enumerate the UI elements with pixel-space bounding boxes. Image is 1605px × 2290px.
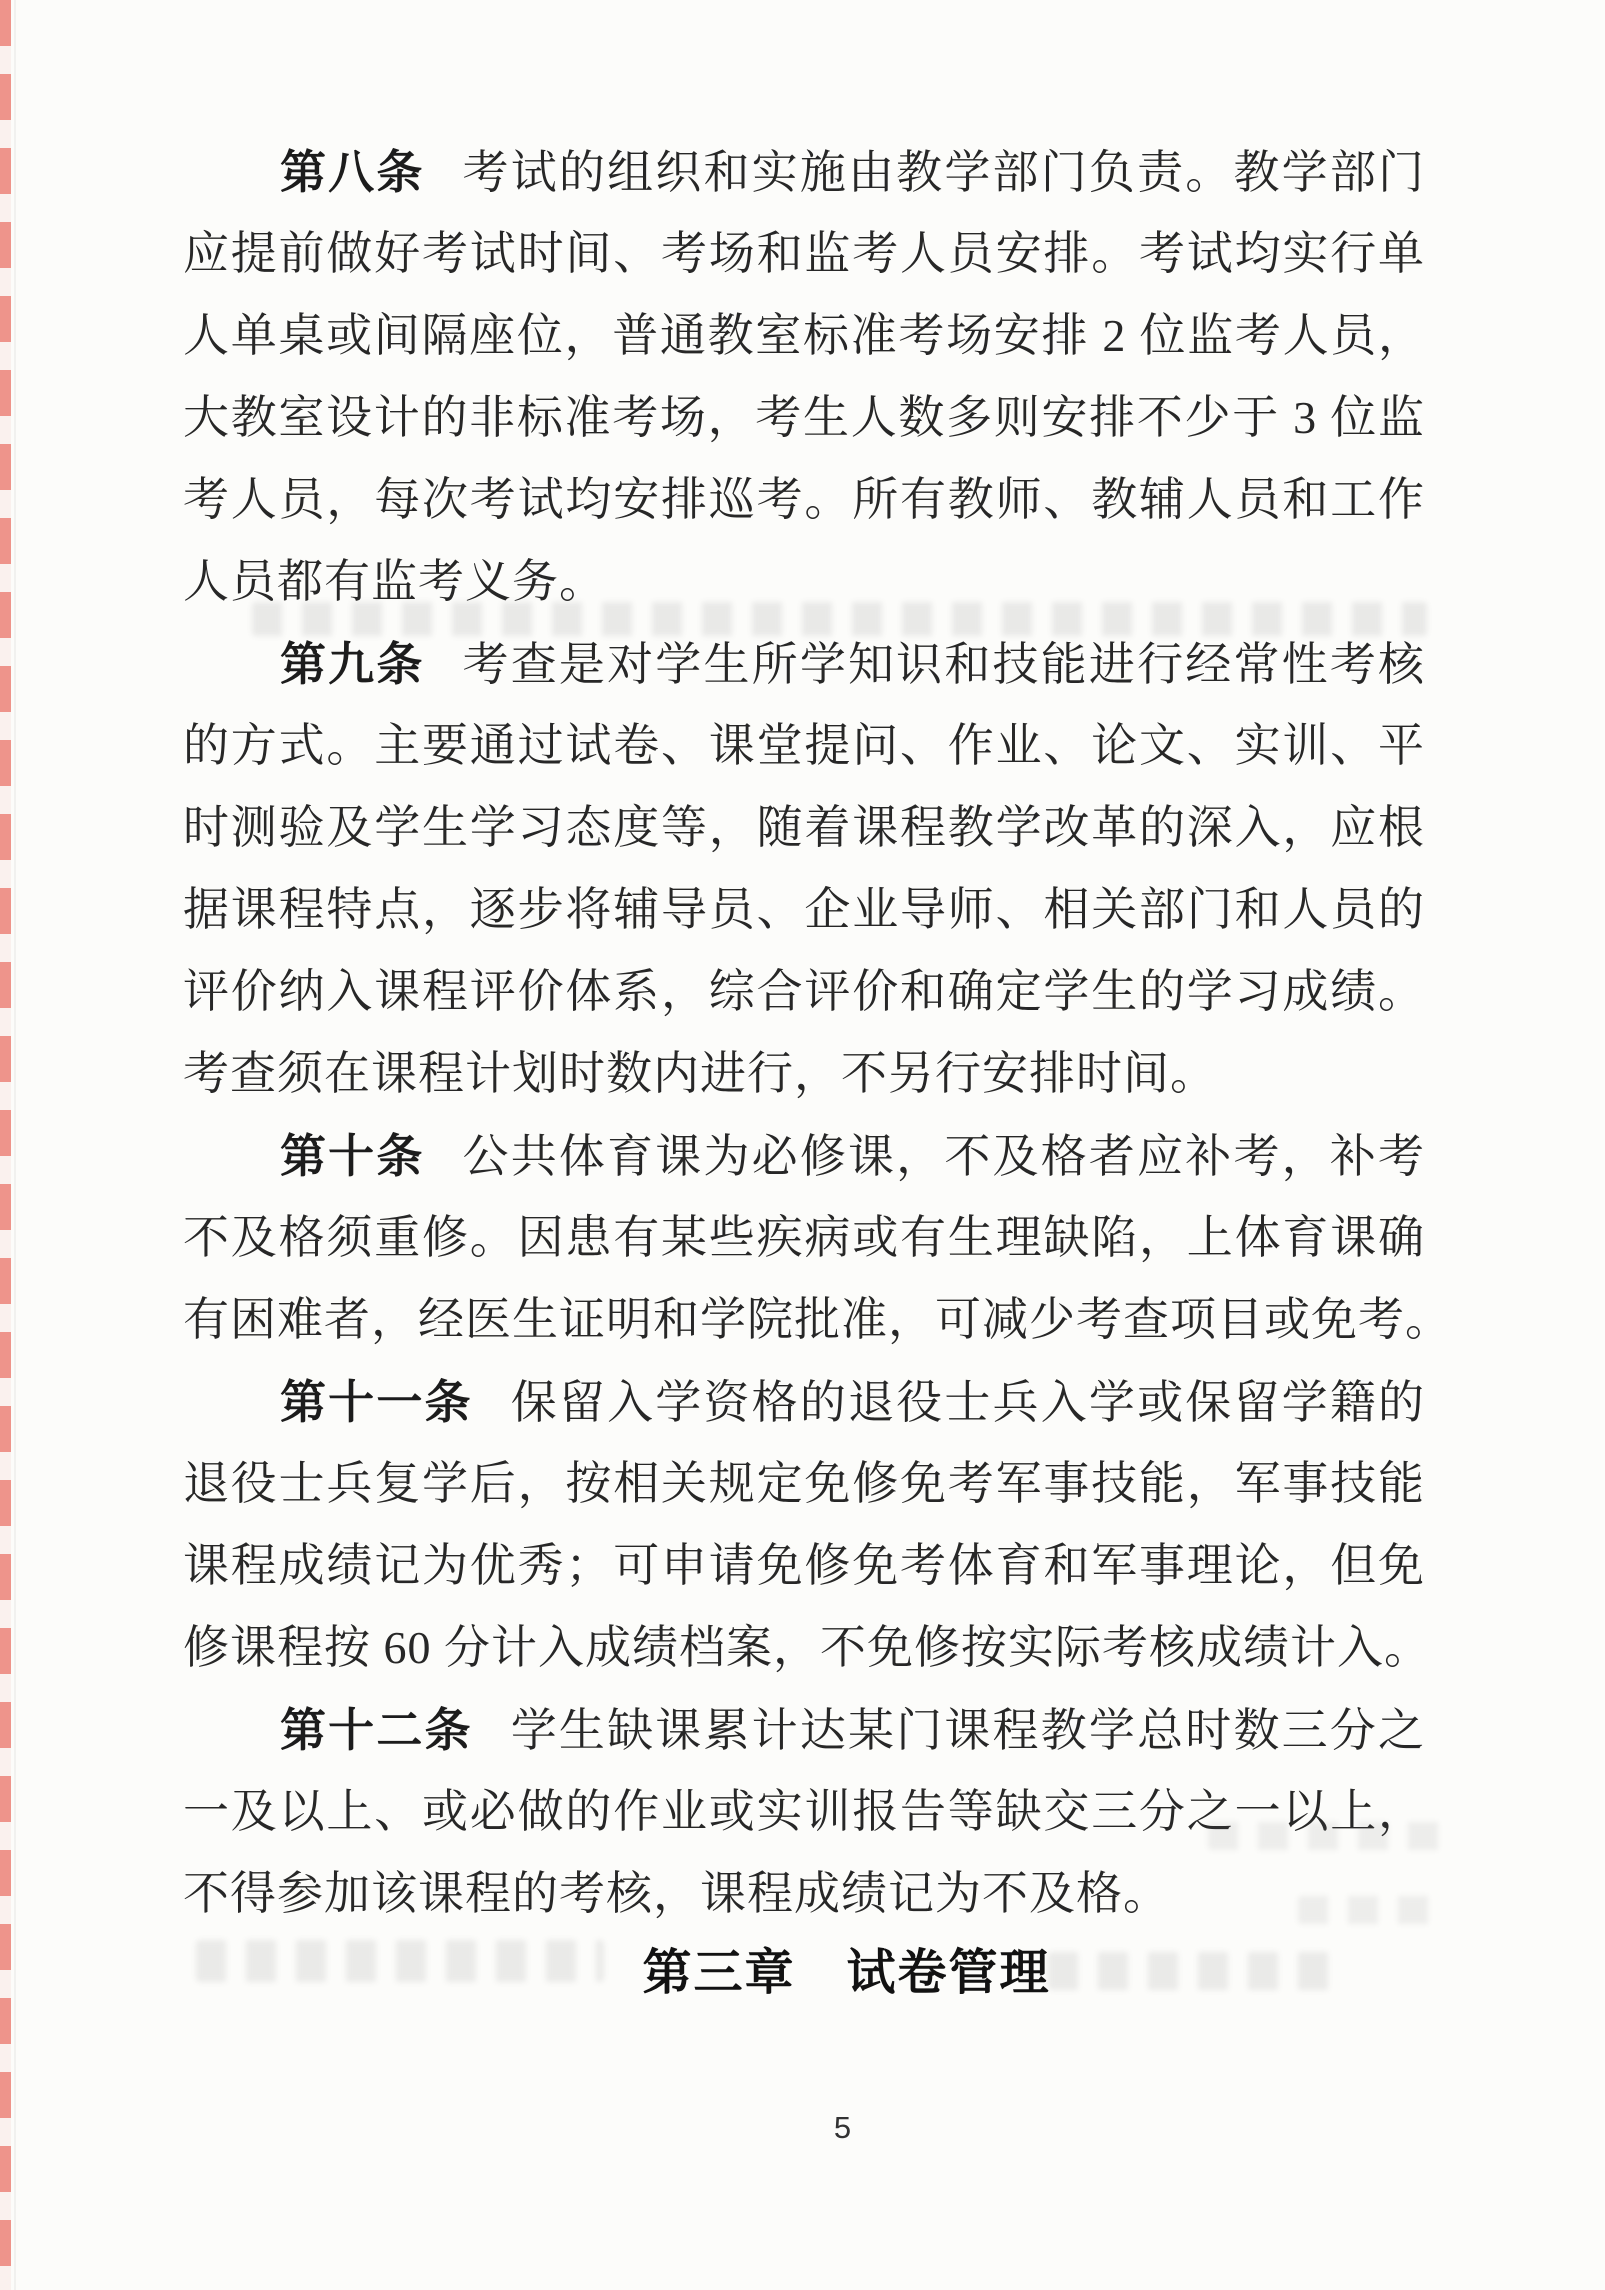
- article-9-number: 第九条: [280, 638, 425, 690]
- article-8-line-3: 人单桌或间隔座位，普通教室标准考场安排 2 位监考人员，: [183, 295, 1425, 377]
- scanner-line-artifact: [14, 0, 16, 2290]
- bleedthrough-smudge: [252, 602, 1427, 636]
- article-8-line-4: 大教室设计的非标准考场，考生人数多则安排不少于 3 位监: [183, 377, 1425, 459]
- article-9-line-6: 考查须在课程计划时数内进行，不另行安排时间。: [183, 1033, 1425, 1115]
- document-body: 第八条考试的组织和实施由教学部门负责。教学部门 应提前做好考试时间、考场和监考人…: [183, 131, 1425, 1935]
- article-10-line-1: 第十条公共体育课为必修课，不及格者应补考，补考: [183, 1115, 1425, 1197]
- article-10-line-3: 有困难者，经医生证明和学院批准，可减少考查项目或免考。: [183, 1279, 1425, 1361]
- article-8-line-1: 第八条考试的组织和实施由教学部门负责。教学部门: [183, 131, 1425, 213]
- bleedthrough-smudge: [1298, 1896, 1440, 1924]
- article-8-lead: 考试的组织和实施由教学部门负责。教学部门: [463, 147, 1425, 198]
- article-8-line-5: 考人员，每次考试均安排巡考。所有教师、教辅人员和工作: [183, 459, 1425, 541]
- article-9-line-2: 的方式。主要通过试卷、课堂提问、作业、论文、实训、平: [183, 705, 1425, 787]
- article-10-line-2: 不及格须重修。因患有某些疾病或有生理缺陷，上体育课确: [183, 1197, 1425, 1279]
- article-8-line-2: 应提前做好考试时间、考场和监考人员安排。考试均实行单: [183, 213, 1425, 295]
- scan-edge-artifact: [0, 0, 11, 2290]
- article-9-line-5: 评价纳入课程评价体系，综合评价和确定学生的学习成绩。: [183, 951, 1425, 1033]
- article-11-line-3: 课程成绩记为优秀；可申请免修免考体育和军事理论，但免: [183, 1525, 1425, 1607]
- chapter-heading: 第三章 试卷管理: [44, 1938, 1605, 2008]
- article-9-line-4: 据课程特点，逐步将辅导员、企业导师、相关部门和人员的: [183, 869, 1425, 951]
- article-11-line-2: 退役士兵复学后，按相关规定免修免考军事技能，军事技能: [183, 1443, 1425, 1525]
- page-number: 5: [40, 2105, 1605, 2151]
- article-10-number: 第十条: [280, 1130, 425, 1182]
- article-11-lead: 保留入学资格的退役士兵入学或保留学籍的: [511, 1377, 1425, 1428]
- article-11-line-1: 第十一条保留入学资格的退役士兵入学或保留学籍的: [183, 1361, 1425, 1443]
- article-10-lead: 公共体育课为必修课，不及格者应补考，补考: [463, 1131, 1425, 1182]
- article-12-lead: 学生缺课累计达某门课程教学总时数三分之: [511, 1705, 1425, 1756]
- scanned-document-page: 第八条考试的组织和实施由教学部门负责。教学部门 应提前做好考试时间、考场和监考人…: [0, 0, 1605, 2290]
- article-9-lead: 考查是对学生所学知识和技能进行经常性考核: [463, 639, 1425, 690]
- article-8-number: 第八条: [280, 146, 425, 198]
- article-9-line-3: 时测验及学生学习态度等，随着课程教学改革的深入，应根: [183, 787, 1425, 869]
- article-11-number: 第十一条: [280, 1376, 473, 1428]
- article-11-line-4: 修课程按 60 分计入成绩档案，不免修按实际考核成绩计入。: [183, 1607, 1425, 1689]
- bleedthrough-smudge: [1208, 1822, 1448, 1850]
- article-12-line-1: 第十二条学生缺课累计达某门课程教学总时数三分之: [183, 1689, 1425, 1771]
- article-12-number: 第十二条: [280, 1704, 473, 1756]
- article-12-line-3: 不得参加该课程的考核，课程成绩记为不及格。: [183, 1853, 1425, 1935]
